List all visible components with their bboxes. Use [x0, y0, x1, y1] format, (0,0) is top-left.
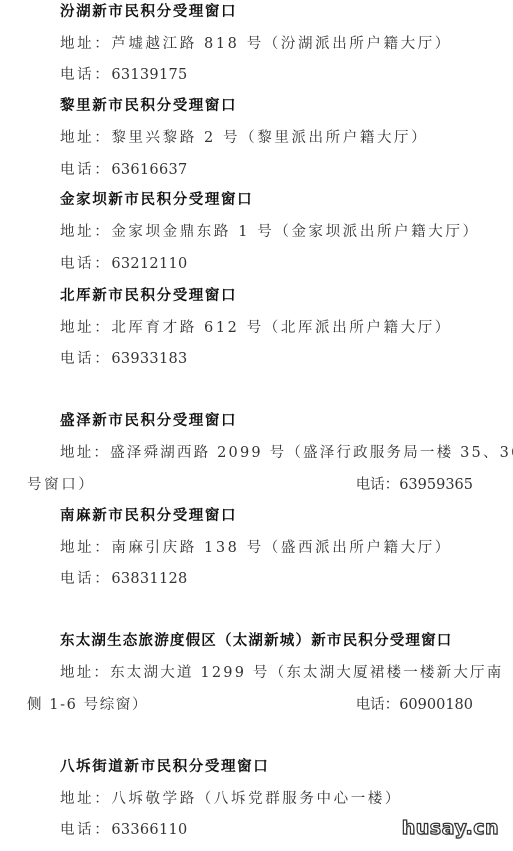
address-label: 地址：	[60, 665, 110, 681]
office-phone-fenhu: 电话：63139175	[60, 65, 188, 85]
office-address-shengze-line1: 地址：盛泽舜湖西路 2099 号（盛泽行政服务局一楼 35、36	[60, 443, 513, 463]
phone-label: 电话：	[60, 162, 111, 178]
office-address-beishe: 地址：北厍育才路 612 号（北厍派出所户籍大厅）	[60, 318, 452, 338]
office-title-dongtaihu: 东太湖生态旅游度假区（太湖新城）新市民积分受理窗口	[60, 631, 453, 651]
phone-label: 电话：	[356, 697, 400, 713]
office-phone-beishe: 电话：63933183	[60, 349, 188, 369]
phone-value: 63959365	[399, 477, 473, 493]
address-label: 地址：	[60, 36, 111, 52]
phone-label: 电话：	[60, 351, 111, 367]
office-address-dongtaihu-line1: 地址：东太湖大道 1299 号（东太湖大厦裙楼一楼新大厅南	[60, 663, 503, 683]
phone-label: 电话：	[60, 822, 111, 838]
phone-value: 63616637	[111, 162, 187, 178]
address-value: 金家坝金鼎东路 1 号（金家坝派出所户籍大厅）	[111, 224, 479, 240]
address-label: 地址：	[60, 320, 111, 336]
address-value: 盛泽舜湖西路 2099 号（盛泽行政服务局一楼 35、36	[110, 445, 513, 461]
phone-label: 电话：	[60, 67, 111, 83]
address-label: 地址：	[60, 540, 111, 556]
address-value: 黎里兴黎路 2 号（黎里派出所户籍大厅）	[111, 130, 428, 146]
address-label: 地址：	[60, 791, 111, 807]
address-value: 南麻引庆路 138 号（盛西派出所户籍大厅）	[111, 540, 452, 556]
address-label: 地址：	[60, 130, 111, 146]
address-value: 芦墟越江路 818 号（汾湖派出所户籍大厅）	[111, 36, 452, 52]
office-address-jinjiaba: 地址：金家坝金鼎东路 1 号（金家坝派出所户籍大厅）	[60, 222, 480, 242]
office-phone-shengze: 电话：63959365	[356, 475, 473, 495]
office-phone-lili: 电话：63616637	[60, 160, 188, 180]
office-address-bache: 地址：八坼敬学路（八坼党群服务中心一楼）	[60, 789, 402, 809]
office-address-nanma: 地址：南麻引庆路 138 号（盛西派出所户籍大厅）	[60, 538, 452, 558]
address-value: 东太湖大道 1299 号（东太湖大厦裙楼一楼新大厅南	[110, 665, 503, 681]
office-address-shengze-line2: 号窗口）	[27, 475, 95, 495]
office-title-bache: 八坼街道新市民积分受理窗口	[60, 757, 269, 777]
office-title-nanma: 南麻新市民积分受理窗口	[60, 506, 237, 526]
office-address-dongtaihu-line2: 侧 1-6 号综窗）	[27, 695, 148, 715]
phone-value: 63212110	[111, 256, 187, 272]
address-value: 八坼敬学路（八坼党群服务中心一楼）	[111, 791, 402, 807]
phone-value: 63139175	[111, 67, 187, 83]
office-title-beishe: 北厍新市民积分受理窗口	[60, 286, 237, 306]
office-title-shengze: 盛泽新市民积分受理窗口	[60, 411, 237, 431]
office-phone-bache: 电话：63366110	[60, 820, 188, 840]
address-label: 地址：	[60, 445, 110, 461]
phone-value: 63366110	[111, 822, 187, 838]
office-address-fenhu: 地址：芦墟越江路 818 号（汾湖派出所户籍大厅）	[60, 34, 452, 54]
phone-label: 电话：	[356, 477, 400, 493]
office-phone-jinjiaba: 电话：63212110	[60, 254, 188, 274]
phone-label: 电话：	[60, 571, 111, 587]
phone-value: 60900180	[399, 697, 473, 713]
address-value: 北厍育才路 612 号（北厍派出所户籍大厅）	[111, 320, 452, 336]
office-address-lili: 地址：黎里兴黎路 2 号（黎里派出所户籍大厅）	[60, 128, 428, 148]
office-title-fenhu: 汾湖新市民积分受理窗口	[60, 2, 237, 22]
office-title-lili: 黎里新市民积分受理窗口	[60, 96, 237, 116]
phone-value: 63933183	[111, 351, 187, 367]
office-title-jinjiaba: 金家坝新市民积分受理窗口	[60, 190, 253, 210]
phone-label: 电话：	[60, 256, 111, 272]
watermark-logo: husay.cn	[402, 817, 499, 839]
office-phone-nanma: 电话：63831128	[60, 569, 188, 589]
address-label: 地址：	[60, 224, 111, 240]
office-phone-dongtaihu: 电话：60900180	[356, 695, 473, 715]
phone-value: 63831128	[111, 571, 187, 587]
